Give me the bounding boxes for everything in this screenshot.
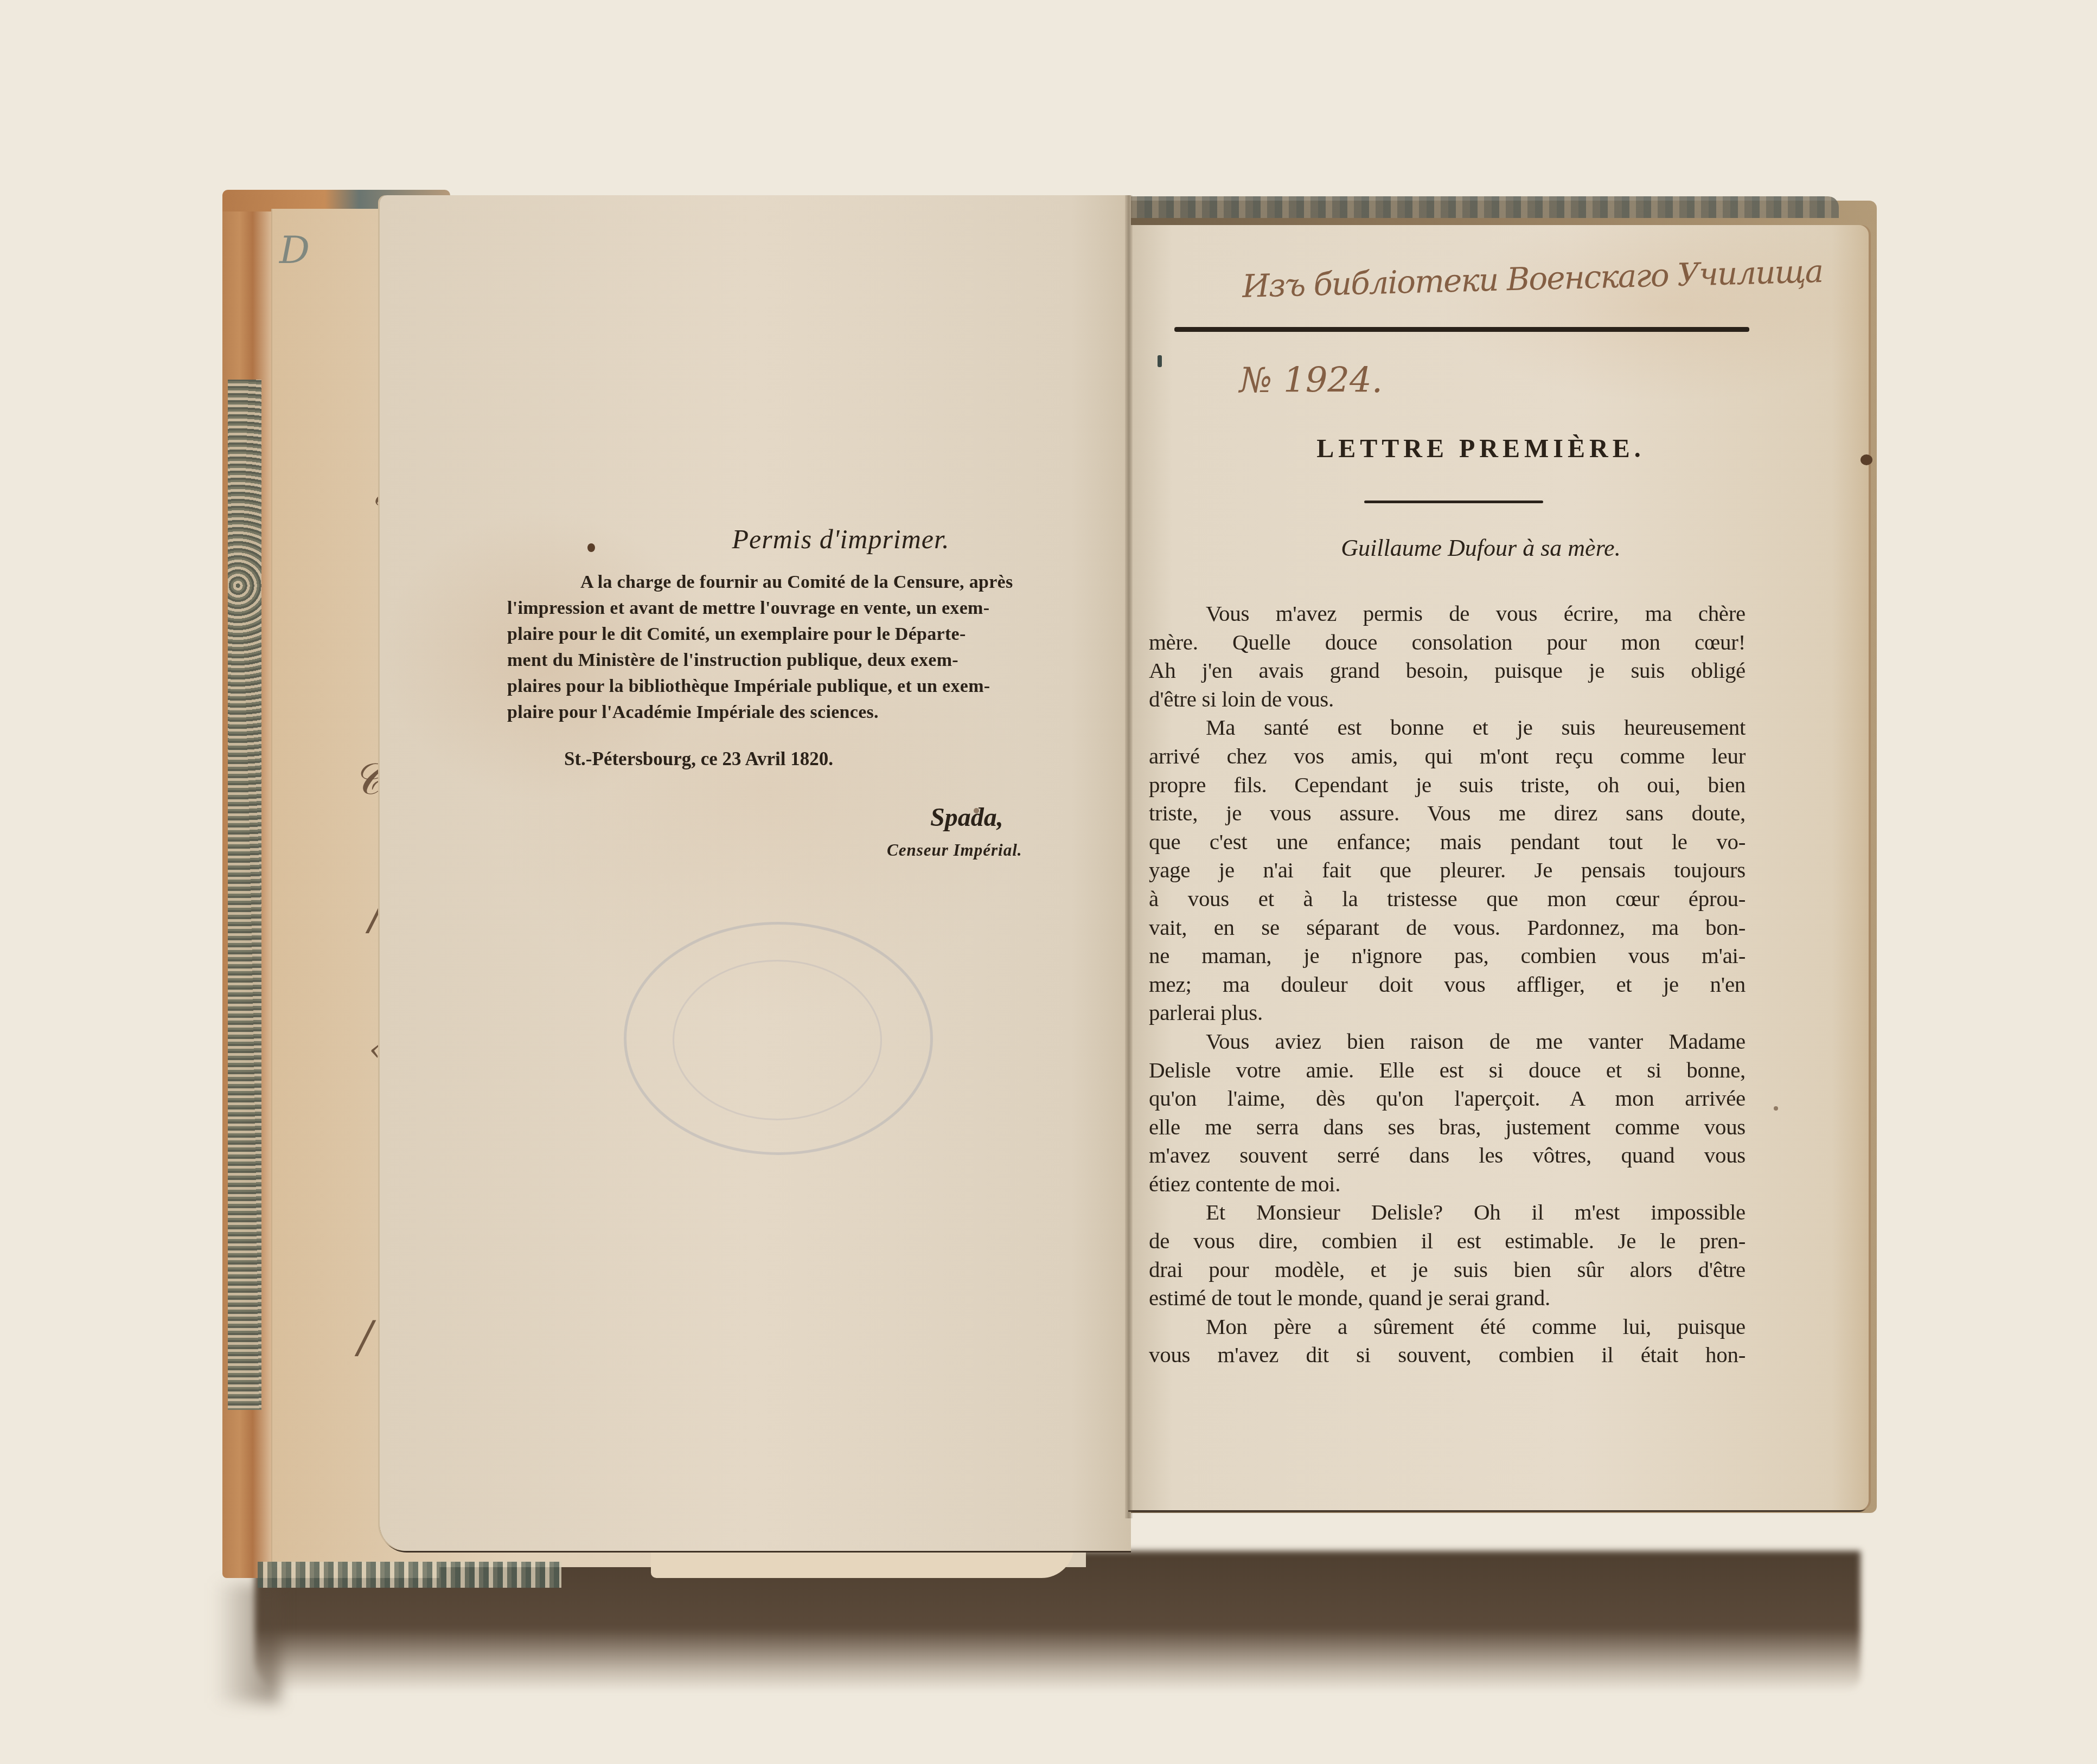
header-rule	[1174, 327, 1749, 332]
catalog-number-inscription: № 1924.	[1239, 361, 1383, 401]
letter-line: à vous et à la tristesse que mon cœur ép…	[1149, 884, 1746, 913]
letter-line: triste, je vous assure. Vous me direz sa…	[1149, 799, 1746, 828]
ink-speck	[1158, 355, 1162, 367]
marbled-cover-strip	[228, 380, 261, 1410]
censor-signature: Spada,	[930, 803, 1003, 832]
letter-line: que c'est une enfance; mais pendant tout…	[1149, 828, 1746, 856]
book-shadow-left	[214, 1583, 279, 1703]
letter-line: Ma santé est bonne et je suis heureuseme…	[1149, 713, 1746, 742]
letter-body: Vous m'avez permis de vous écrire, ma ch…	[1149, 599, 1746, 1369]
letter-line: ne maman, je n'ignore pas, combien vous …	[1149, 941, 1746, 970]
letter-line: estimé de tout le monde, quand je serai …	[1149, 1284, 1746, 1312]
ink-speck	[587, 543, 595, 552]
letter-line: mère. Quelle douce consolation pour mon …	[1149, 628, 1746, 657]
censor-line: A la charge de fournir au Comité de la C…	[507, 569, 1120, 595]
letter-line: Et Monsieur Delisle? Oh il m'est impossi…	[1149, 1198, 1746, 1227]
cover-handwritten-mark: D	[279, 228, 310, 272]
chapter-title: LETTRE PREMIÈRE.	[1199, 434, 1763, 464]
censor-line: plaire pour le dit Comité, un exemplaire…	[507, 621, 1120, 647]
letter-line: Mon père a sûrement été comme lui, puisq…	[1149, 1312, 1746, 1341]
censor-line: l'impression et avant de mettre l'ouvrag…	[507, 595, 1120, 621]
letter-line: d'être si loin de vous.	[1149, 685, 1746, 714]
letter-line: vous m'avez dit si souvent, combien il é…	[1149, 1340, 1746, 1369]
letter-line: Vous aviez bien raison de me vanter Mada…	[1149, 1027, 1746, 1056]
letter-line: de vous dire, combien il est estimable. …	[1149, 1227, 1746, 1255]
ink-speck	[1861, 454, 1872, 465]
censor-title: Censeur Impérial.	[887, 841, 1022, 860]
censor-permission-heading: Permis d'imprimer.	[542, 523, 1139, 555]
letter-line: m'avez souvent serré dans les vôtres, qu…	[1149, 1141, 1746, 1170]
letter-line: Delisle votre amie. Elle est si douce et…	[1149, 1056, 1746, 1085]
right-page-stack-top-edge	[1079, 196, 1839, 218]
letter-line: elle me serra dans ses bras, justement c…	[1149, 1113, 1746, 1141]
censor-permission-body: A la charge de fournir au Comité de la C…	[507, 569, 1120, 726]
marbled-cover-bottom-edge	[258, 1562, 561, 1588]
censor-line: ment du Ministère de l'instruction publi…	[507, 647, 1120, 673]
letter-line: propre fils. Cependant je suis triste, o…	[1149, 771, 1746, 799]
letter-line: Ah j'en avais grand besoin, puisque je s…	[1149, 656, 1746, 685]
book-gutter	[1125, 195, 1133, 1518]
ink-speck	[974, 808, 979, 813]
letter-line: vait, en se séparant de vous. Pardonnez,…	[1149, 913, 1746, 942]
letter-line: drai pour modèle, et je suis bien sûr al…	[1149, 1255, 1746, 1284]
censor-line: plaire pour l'Académie Impériale des sci…	[507, 700, 1120, 726]
faint-library-stamp-inner	[673, 960, 882, 1120]
ink-speck	[1774, 1106, 1778, 1111]
letter-line: Vous m'avez permis de vous écrire, ma ch…	[1149, 599, 1746, 628]
letter-line: yage je n'ai fait que pleurer. Je pensai…	[1149, 856, 1746, 884]
letter-line: parlerai plus.	[1149, 998, 1746, 1027]
letter-line: qu'on l'aime, dès qu'on l'aperçoit. A mo…	[1149, 1084, 1746, 1113]
censor-line: plaires pour la bibliothèque Impériale p…	[507, 673, 1120, 700]
letter-line: étiez contente de moi.	[1149, 1170, 1746, 1198]
letter-line: mez; ma douleur doit vous affliger, et j…	[1149, 970, 1746, 999]
flyleaf-scrawl: /	[358, 1312, 373, 1363]
left-page	[380, 195, 1131, 1551]
title-divider-rule	[1364, 501, 1543, 503]
letter-salutation: Guillaume Dufour à sa mère.	[1193, 534, 1768, 562]
letter-line: arrivé chez vos amis, qui m'ont reçu com…	[1149, 742, 1746, 771]
censor-date-line: St.-Pétersbourg, ce 23 Avril 1820.	[564, 748, 833, 770]
